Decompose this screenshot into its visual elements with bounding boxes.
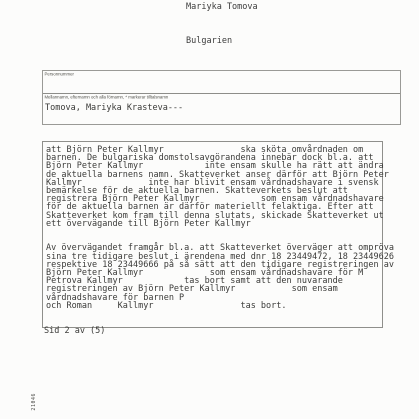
body-line: ett övervägande till Björn Peter Kallmyr bbox=[46, 220, 382, 228]
name-value: Tomova, Mariyka Krasteva--- bbox=[45, 103, 183, 113]
body-line bbox=[46, 228, 382, 236]
personnummer-field: Personnummer bbox=[43, 71, 400, 94]
person-info-form: Personnummer Mellannamn, efternamn och a… bbox=[42, 70, 401, 125]
page-indicator: Sid 2 av (5) bbox=[44, 326, 105, 336]
recipient-country: Bulgarien bbox=[186, 36, 232, 46]
personnummer-label: Personnummer bbox=[43, 71, 300, 77]
name-label: Mellannamn, efternamn och alla förnamn, … bbox=[43, 94, 300, 100]
decision-body-text: att Björn Peter Kallmyr ska sköta omvård… bbox=[42, 141, 383, 328]
name-field: Mellannamn, efternamn och alla förnamn, … bbox=[43, 94, 400, 124]
recipient-name: Mariyka Tomova bbox=[186, 2, 258, 12]
form-margin-code: 21046 bbox=[31, 393, 37, 411]
body-line: och Roman Kallmyr tas bort. bbox=[46, 302, 382, 310]
scanned-document-page: Mariyka Tomova Bulgarien Personnummer Me… bbox=[0, 0, 419, 419]
